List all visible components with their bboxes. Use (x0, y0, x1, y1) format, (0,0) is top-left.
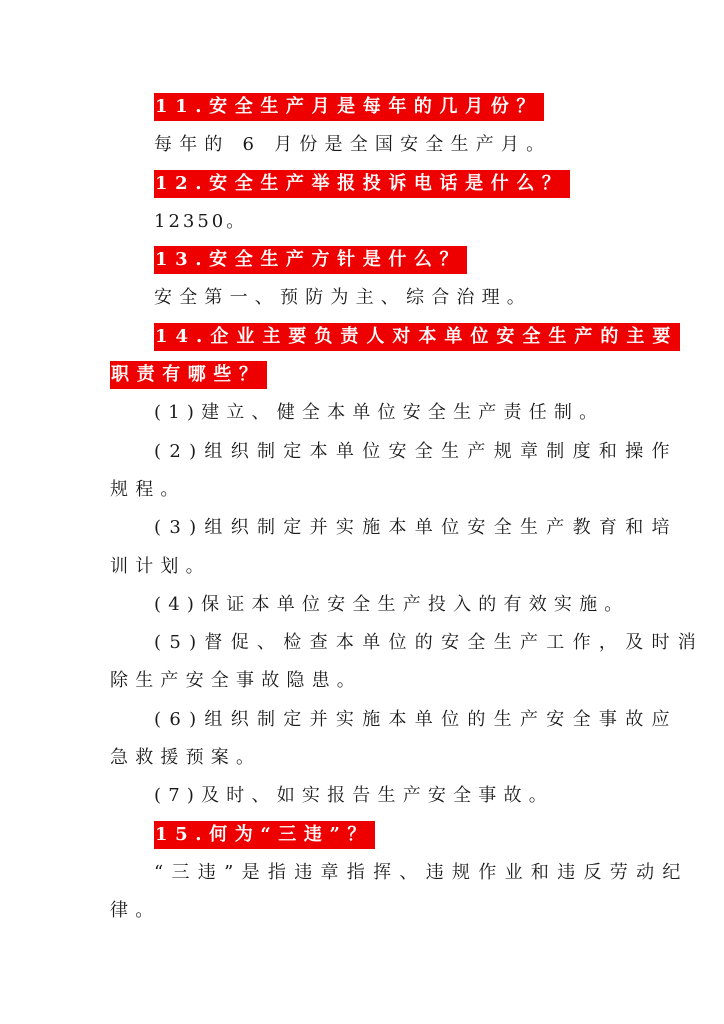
answer-14-item-5: (5)督促、检查本单位的安全生产工作，及时消 (110, 624, 612, 662)
answer-14-item-6-cont: 急救援预案。 (110, 739, 612, 777)
question-12-line: 12.安全生产举报投诉电话是什么？ (110, 165, 612, 203)
question-13-line: 13.安全生产方针是什么？ (110, 241, 612, 279)
answer-14-item-1: (1)建立、健全本单位安全生产责任制。 (110, 394, 612, 432)
question-15-line: 15.何为“三违”？ (110, 816, 612, 854)
answer-15: “三违”是指违章指挥、违规作业和违反劳动纪 (110, 854, 612, 892)
answer-14-item-6: (6)组织制定并实施本单位的生产安全事故应 (110, 701, 612, 739)
answer-13: 安全第一、预防为主、综合治理。 (110, 279, 612, 317)
question-14-heading: 14.企业主要负责人对本单位安全生产的主要 (154, 323, 680, 351)
answer-14-item-3-cont: 训计划。 (110, 548, 612, 586)
answer-12: 12350。 (110, 203, 612, 241)
answer-14-item-2: (2)组织制定本单位安全生产规章制度和操作 (110, 433, 612, 471)
answer-15-cont: 律。 (110, 892, 612, 930)
answer-14-item-7: (7)及时、如实报告生产安全事故。 (110, 777, 612, 815)
question-11-line: 11.安全生产月是每年的几月份？ (110, 88, 612, 126)
question-14-line-cont: 职责有哪些？ (110, 356, 612, 394)
question-14-heading-cont: 职责有哪些？ (110, 361, 267, 389)
question-12-heading: 12.安全生产举报投诉电话是什么？ (154, 170, 570, 198)
document-page: 11.安全生产月是每年的几月份？ 每年的 6 月份是全国安全生产月。 12.安全… (110, 88, 612, 931)
answer-14-item-3: (3)组织制定并实施本单位安全生产教育和培 (110, 509, 612, 547)
question-13-heading: 13.安全生产方针是什么？ (154, 246, 467, 274)
question-14-line: 14.企业主要负责人对本单位安全生产的主要 (110, 318, 612, 356)
answer-11: 每年的 6 月份是全国安全生产月。 (110, 126, 612, 164)
question-15-heading: 15.何为“三违”？ (154, 821, 375, 849)
answer-14-item-5-cont: 除生产安全事故隐患。 (110, 662, 612, 700)
answer-14-item-4: (4)保证本单位安全生产投入的有效实施。 (110, 586, 612, 624)
answer-14-item-2-cont: 规程。 (110, 471, 612, 509)
question-11-heading: 11.安全生产月是每年的几月份？ (154, 93, 544, 121)
